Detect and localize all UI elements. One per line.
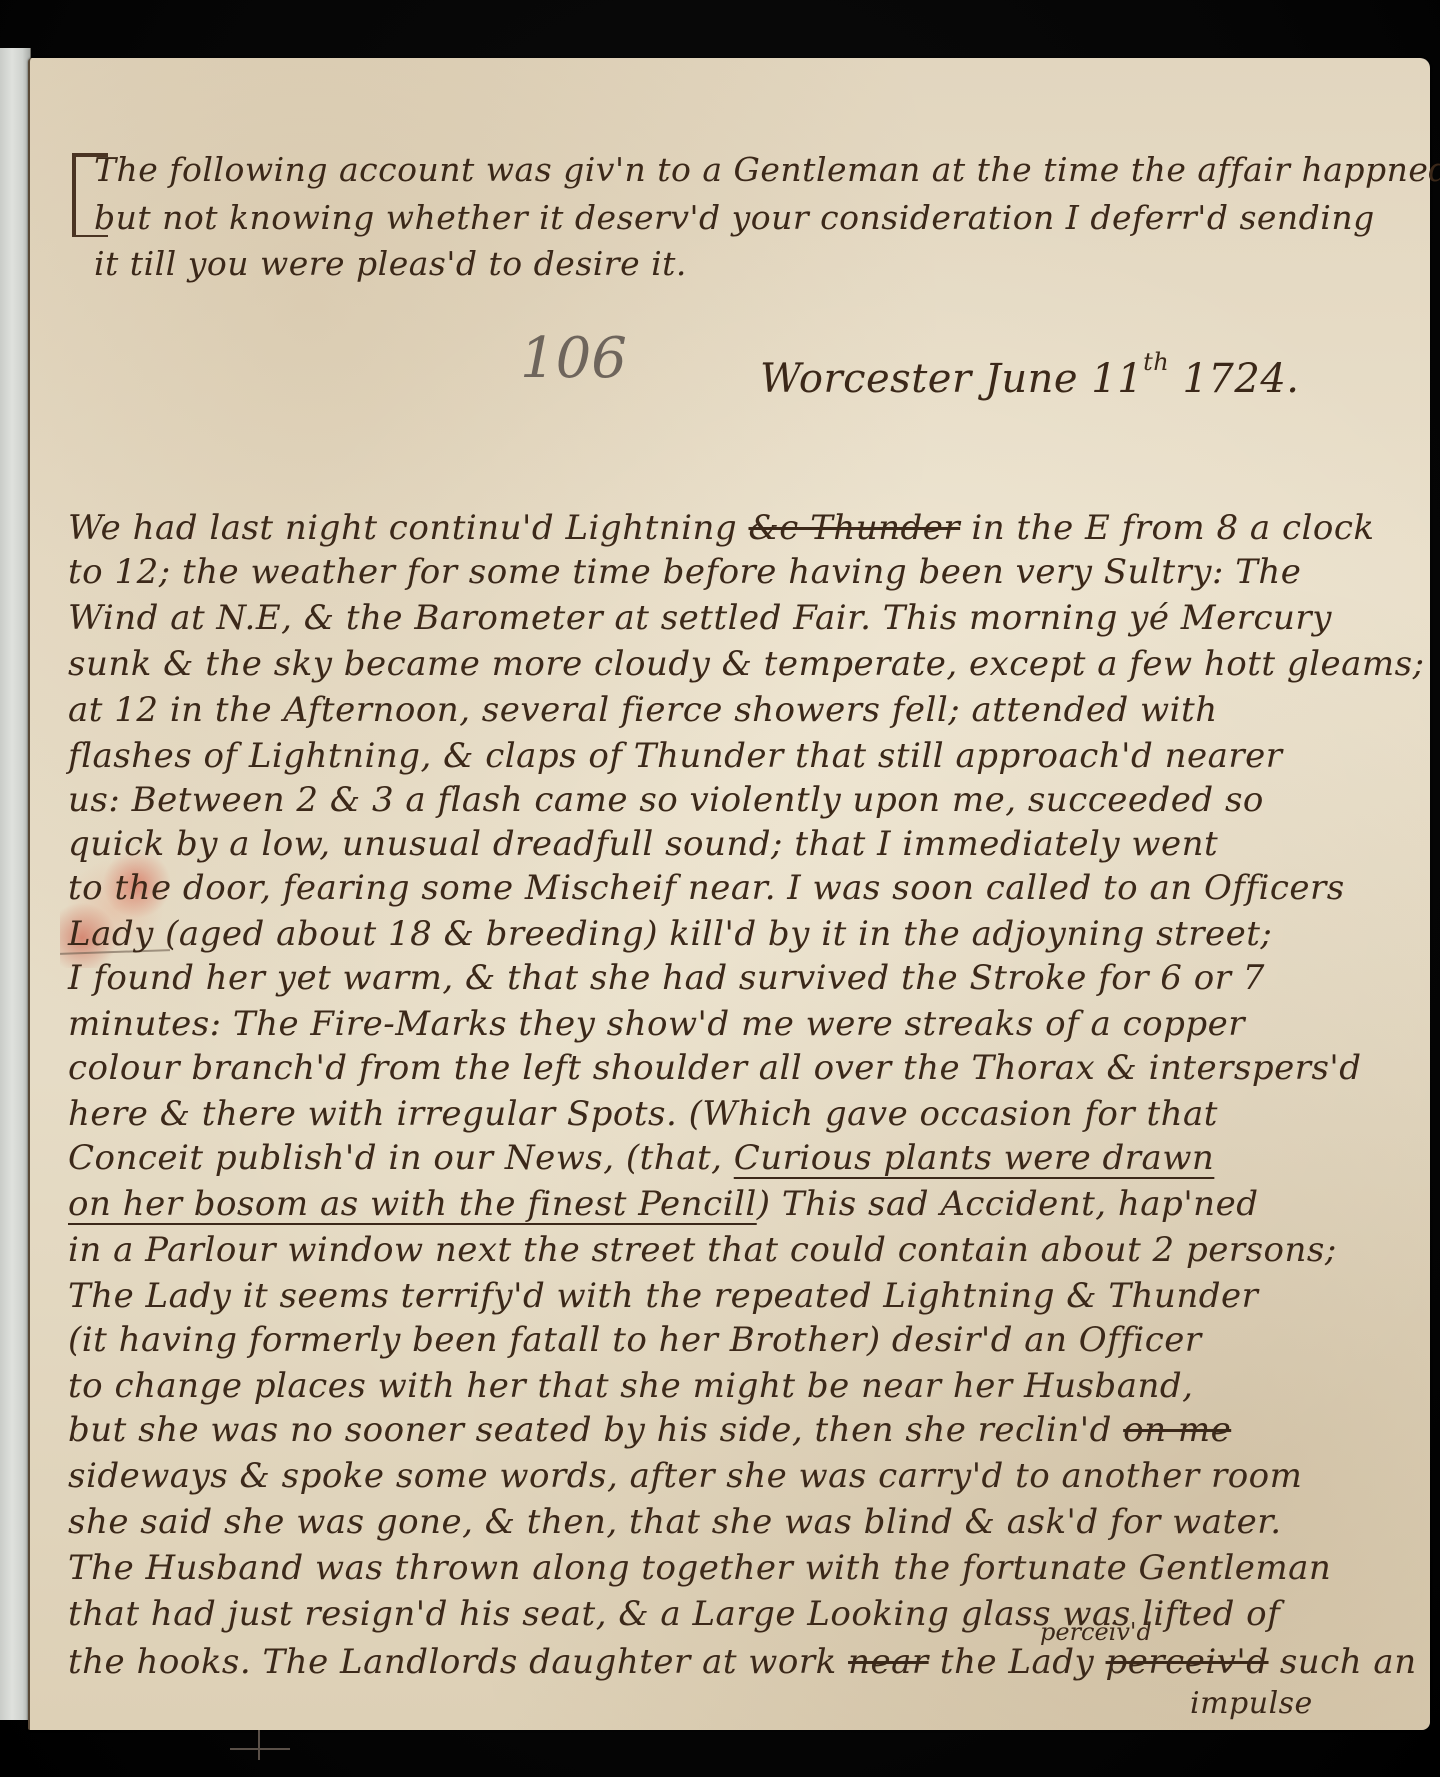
body-text: the Lady <box>929 1642 1106 1682</box>
body-line-6: flashes of Lightning, & claps of Thunder… <box>68 736 1283 776</box>
body-line-2: to 12; the weather for some time before … <box>68 552 1301 592</box>
body-text: such an <box>1269 1642 1417 1682</box>
body-line-9: to the door, fearing some Mischeif near.… <box>68 868 1345 908</box>
intro-line-1: The following account was giv'n to a Gen… <box>94 150 1440 189</box>
manuscript-page: The following account was giv'n to a Gen… <box>28 58 1430 1730</box>
body-line-18: The Lady it seems terrify'd with the rep… <box>68 1276 1258 1316</box>
date-month: June <box>985 356 1078 402</box>
interlinear-insertion: perceiv'd <box>1040 1618 1152 1646</box>
body-text: in the E from 8 a clock <box>960 508 1374 548</box>
body-text: but she was no sooner seated by his side… <box>68 1410 1123 1450</box>
body-line-12: minutes: The Fire-Marks they show'd me w… <box>68 1004 1245 1044</box>
struck-text: near <box>848 1642 929 1682</box>
underlined-text: Curious plants were drawn <box>734 1138 1215 1178</box>
struck-text: perceiv'd <box>1106 1642 1269 1682</box>
body-text: the hooks. The Landlords daughter at wor… <box>68 1642 848 1682</box>
body-line-3: Wind at N.E, & the Barometer at settled … <box>68 598 1332 638</box>
body-line-15: Conceit publish'd in our News, (that, Cu… <box>68 1138 1214 1178</box>
body-line-24: The Husband was thrown along together wi… <box>68 1548 1331 1588</box>
body-line-11: I found her yet warm, & that she had sur… <box>68 958 1265 998</box>
intro-line-2: but not knowing whether it deserv'd your… <box>94 198 1375 237</box>
body-line-14: here & there with irregular Spots. (Whic… <box>68 1094 1218 1134</box>
struck-text: on me <box>1123 1410 1231 1450</box>
body-line-20: to change places with her that she might… <box>68 1366 1193 1406</box>
body-line-1: We had last night continu'd Lightning &c… <box>68 508 1375 548</box>
body-line-21: but she was no sooner seated by his side… <box>68 1410 1231 1450</box>
date-day: 11 <box>1091 356 1143 402</box>
pencil-cross-mark <box>230 1738 290 1768</box>
underlined-text: on her bosom as with the finest Pencill <box>68 1184 757 1224</box>
body-line-26: the hooks. The Landlords daughter at wor… <box>68 1642 1417 1682</box>
body-line-16: on her bosom as with the finest Pencill)… <box>68 1184 1258 1224</box>
date-day-suffix: th <box>1143 348 1169 376</box>
folio-number: 106 <box>520 326 627 391</box>
dateline: Worcester June 11th 1724. <box>760 348 1300 402</box>
body-line-7: us: Between 2 & 3 a flash came so violen… <box>68 780 1264 820</box>
body-text: ) This sad Accident, hap'ned <box>757 1184 1259 1224</box>
intro-line-3: it till you were pleas'd to desire it. <box>94 244 687 283</box>
scan-viewport: The following account was giv'n to a Gen… <box>0 0 1440 1777</box>
struck-text: &c Thunder <box>749 508 961 548</box>
body-line-23: she said she was gone, & then, that she … <box>68 1502 1282 1542</box>
body-line-5: at 12 in the Afternoon, several fierce s… <box>68 690 1218 730</box>
body-line-8: quick by a low, unusual dreadfull sound;… <box>68 824 1218 864</box>
final-word: impulse <box>1190 1686 1313 1721</box>
body-line-10: Lady (aged about 18 & breeding) kill'd b… <box>68 914 1272 954</box>
body-line-4: sunk & the sky became more cloudy & temp… <box>68 644 1425 684</box>
date-year: 1724. <box>1182 356 1299 402</box>
date-place: Worcester <box>760 356 972 402</box>
body-line-17: in a Parlour window next the street that… <box>68 1230 1337 1270</box>
body-text: Conceit publish'd in our News, (that, <box>68 1138 734 1178</box>
binding-strip <box>0 48 31 1720</box>
body-line-13: colour branch'd from the left shoulder a… <box>68 1048 1362 1088</box>
body-line-22: sideways & spoke some words, after she w… <box>68 1456 1302 1496</box>
body-line-19: (it having formerly been fatall to her B… <box>68 1320 1202 1360</box>
body-text: We had last night continu'd Lightning <box>68 508 749 548</box>
